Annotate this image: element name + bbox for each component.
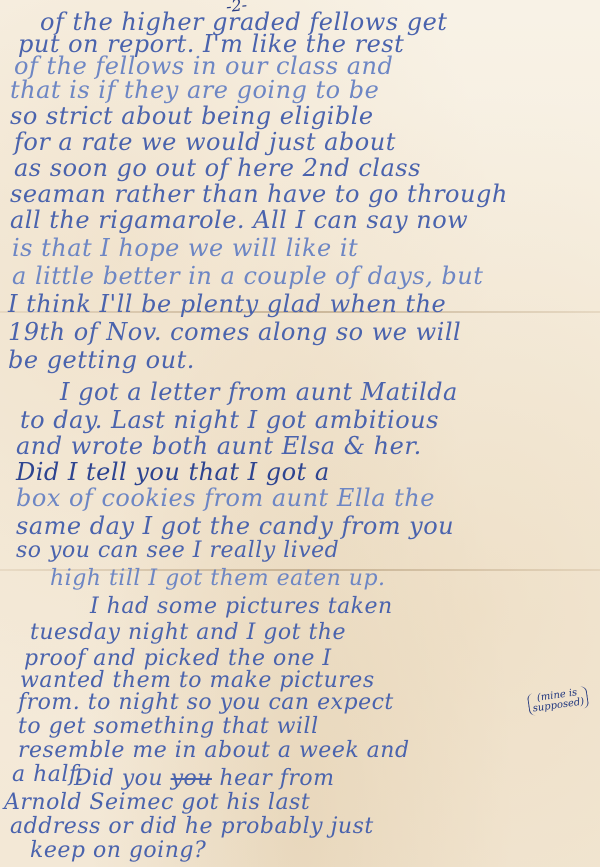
letter-line: so you can see I really lived bbox=[16, 538, 339, 563]
letter-line: for a rate we would just about bbox=[14, 128, 396, 156]
letter-line: Arnold Seimec got his last bbox=[4, 790, 310, 815]
letter-line: Did I tell you that I got a bbox=[16, 458, 330, 486]
letter-line: address or did he probably just bbox=[10, 814, 374, 839]
letter-line: same day I got the candy from you bbox=[16, 512, 454, 540]
letter-line: to day. Last night I got ambitious bbox=[20, 406, 439, 434]
letter-line: I got a letter from aunt Matilda bbox=[60, 378, 458, 406]
letter-line: as soon go out of here 2nd class bbox=[14, 154, 421, 182]
letter-line: keep on going? bbox=[30, 838, 206, 863]
margin-note: (mine issupposed) bbox=[527, 686, 589, 716]
letter-line: resemble me in about a week and bbox=[18, 738, 410, 763]
letter-line: seaman rather than have to go through bbox=[10, 180, 508, 208]
letter-page: -2- of the higher graded fellows getput … bbox=[0, 0, 600, 867]
letter-line: to get something that will bbox=[18, 714, 319, 739]
letter-line: I had some pictures taken bbox=[90, 594, 393, 619]
letter-line: be getting out. bbox=[8, 346, 195, 374]
letter-line: Did you you hear from bbox=[74, 766, 335, 791]
letter-line: 19th of Nov. comes along so we will bbox=[8, 318, 461, 346]
letter-line: high till I got them eaten up. bbox=[50, 566, 386, 591]
letter-line: a little better in a couple of days, but bbox=[12, 262, 483, 290]
letter-line: and wrote both aunt Elsa & her. bbox=[16, 432, 422, 460]
letter-line: box of cookies from aunt Ella the bbox=[16, 484, 435, 512]
letter-line: tuesday night and I got the bbox=[30, 620, 346, 645]
letter-line: so strict about being eligible bbox=[10, 102, 374, 130]
struck-out-word: you bbox=[171, 766, 212, 791]
letter-text: Did you bbox=[74, 766, 171, 791]
letter-line: all the rigamarole. All I can say now bbox=[10, 206, 468, 234]
letter-line: I think I'll be plenty glad when the bbox=[8, 290, 446, 318]
letter-line: that is if they are going to be bbox=[10, 76, 379, 104]
letter-line: is that I hope we will like it bbox=[12, 234, 358, 262]
letter-text: hear from bbox=[212, 766, 335, 791]
letter-line: from. to night so you can expect bbox=[18, 690, 394, 715]
